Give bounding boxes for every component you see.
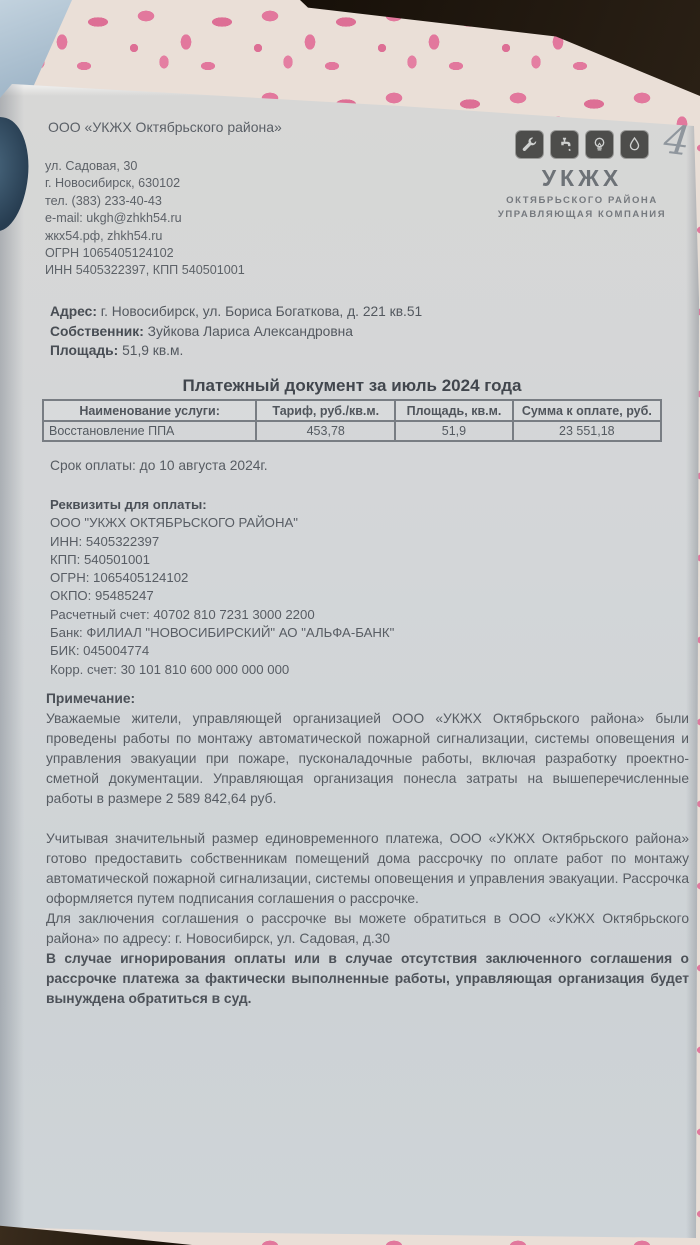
recipient-block: Адрес: г. Новосибирск, ул. Бориса Богатк… <box>50 302 422 361</box>
col-area: Площадь, кв.м. <box>395 400 512 421</box>
logo-icon-row <box>492 131 672 158</box>
payment-due-line: Срок оплаты: до 10 августа 2024г. <box>50 458 268 473</box>
contact-street: ул. Садовая, 30 <box>45 158 245 175</box>
address-label: Адрес: <box>50 304 97 319</box>
company-logo: УКЖХ ОКТЯБРЬСКОГО РАЙОНА УПРАВЛЯЮЩАЯ КОМ… <box>492 131 672 220</box>
col-amount: Сумма к оплате, руб. <box>513 400 661 421</box>
note-title: Примечание: <box>46 689 689 709</box>
requisites-account: Расчетный счет: 40702 810 7231 3000 2200 <box>50 606 394 624</box>
requisites-corr-account: Корр. счет: 30 101 810 600 000 000 000 <box>50 661 394 679</box>
cell-service: Восстановление ППА <box>43 421 256 441</box>
photo-of-payment-document: ООО «УКЖХ Октябрьского района» ул. Садов… <box>0 0 700 1245</box>
requisites-inn: ИНН: 5405322397 <box>50 533 394 551</box>
contact-email: e-mail: ukgh@zhkh54.ru <box>45 210 245 227</box>
cell-amount: 23 551,18 <box>513 421 661 441</box>
contact-websites: жкх54.рф, zhkh54.ru <box>45 228 245 245</box>
requisites-okpo: ОКПО: 95485247 <box>50 587 394 605</box>
note-block: Примечание: Уважаемые жители, управляюще… <box>46 689 689 1009</box>
billing-table: Наименование услуги: Тариф, руб./кв.м. П… <box>42 399 662 442</box>
logo-subtitle-company: УПРАВЛЯЮЩАЯ КОМПАНИЯ <box>492 209 672 220</box>
note-paragraph-installment: Учитывая значительный размер единовремен… <box>46 829 689 909</box>
col-service: Наименование услуги: <box>43 400 256 421</box>
requisites-bank: Банк: ФИЛИАЛ "НОВОСИБИРСКИЙ" АО "АЛЬФА-Б… <box>50 624 394 642</box>
requisites-ogrn: ОГРН: 1065405124102 <box>50 569 394 587</box>
logo-title: УКЖХ <box>492 165 672 192</box>
light-bulb-icon <box>586 131 613 158</box>
org-name: ООО «УКЖХ Октябрьского района» <box>48 119 282 135</box>
col-tariff: Тариф, руб./кв.м. <box>256 400 395 421</box>
contact-city: г. Новосибирск, 630102 <box>45 175 245 192</box>
water-drop-icon <box>621 131 648 158</box>
cell-area: 51,9 <box>395 421 512 441</box>
note-paragraph-court-warning: В случае игнорирования оплаты или в случ… <box>46 949 689 1009</box>
note-paragraph-gap <box>46 809 689 829</box>
billing-table-header-row: Наименование услуги: Тариф, руб./кв.м. П… <box>43 400 661 421</box>
recipient-address-line: Адрес: г. Новосибирск, ул. Бориса Богатк… <box>50 302 422 322</box>
cell-tariff: 453,78 <box>256 421 395 441</box>
contact-inn-kpp: ИНН 5405322397, КПП 540501001 <box>45 262 245 279</box>
note-paragraph-contact: Для заключения соглашения о рассрочке вы… <box>46 909 689 949</box>
logo-subtitle-district: ОКТЯБРЬСКОГО РАЙОНА <box>492 195 672 206</box>
billing-table-row: Восстановление ППА 453,78 51,9 23 551,18 <box>43 421 661 441</box>
area-value: 51,9 кв.м. <box>122 343 183 358</box>
contact-block: ул. Садовая, 30 г. Новосибирск, 630102 т… <box>45 158 245 280</box>
recipient-owner-line: Собственник: Зуйкова Лариса Александровн… <box>50 322 422 342</box>
requisites-block: Реквизиты для оплаты: ООО "УКЖХ ОКТЯБРЬС… <box>50 496 394 679</box>
faucet-icon <box>551 131 578 158</box>
area-label: Площадь: <box>50 343 118 358</box>
owner-label: Собственник: <box>50 324 144 339</box>
requisites-org: ООО "УКЖХ ОКТЯБРЬСКОГО РАЙОНА" <box>50 514 394 532</box>
document-title: Платежный документ за июль 2024 года <box>42 376 662 396</box>
wrench-icon <box>516 131 543 158</box>
requisites-kpp: КПП: 540501001 <box>50 551 394 569</box>
requisites-bik: БИК: 045004774 <box>50 642 394 660</box>
document-content: ООО «УКЖХ Октябрьского района» ул. Садов… <box>0 0 700 1245</box>
contact-ogrn: ОГРН 1065405124102 <box>45 245 245 262</box>
requisites-title: Реквизиты для оплаты: <box>50 496 394 514</box>
note-paragraph-works: Уважаемые жители, управляющей организаци… <box>46 709 689 809</box>
owner-value: Зуйкова Лариса Александровна <box>148 324 353 339</box>
recipient-area-line: Площадь: 51,9 кв.м. <box>50 341 422 361</box>
contact-phone: тел. (383) 233-40-43 <box>45 193 245 210</box>
address-value: г. Новосибирск, ул. Бориса Богаткова, д.… <box>101 304 422 319</box>
